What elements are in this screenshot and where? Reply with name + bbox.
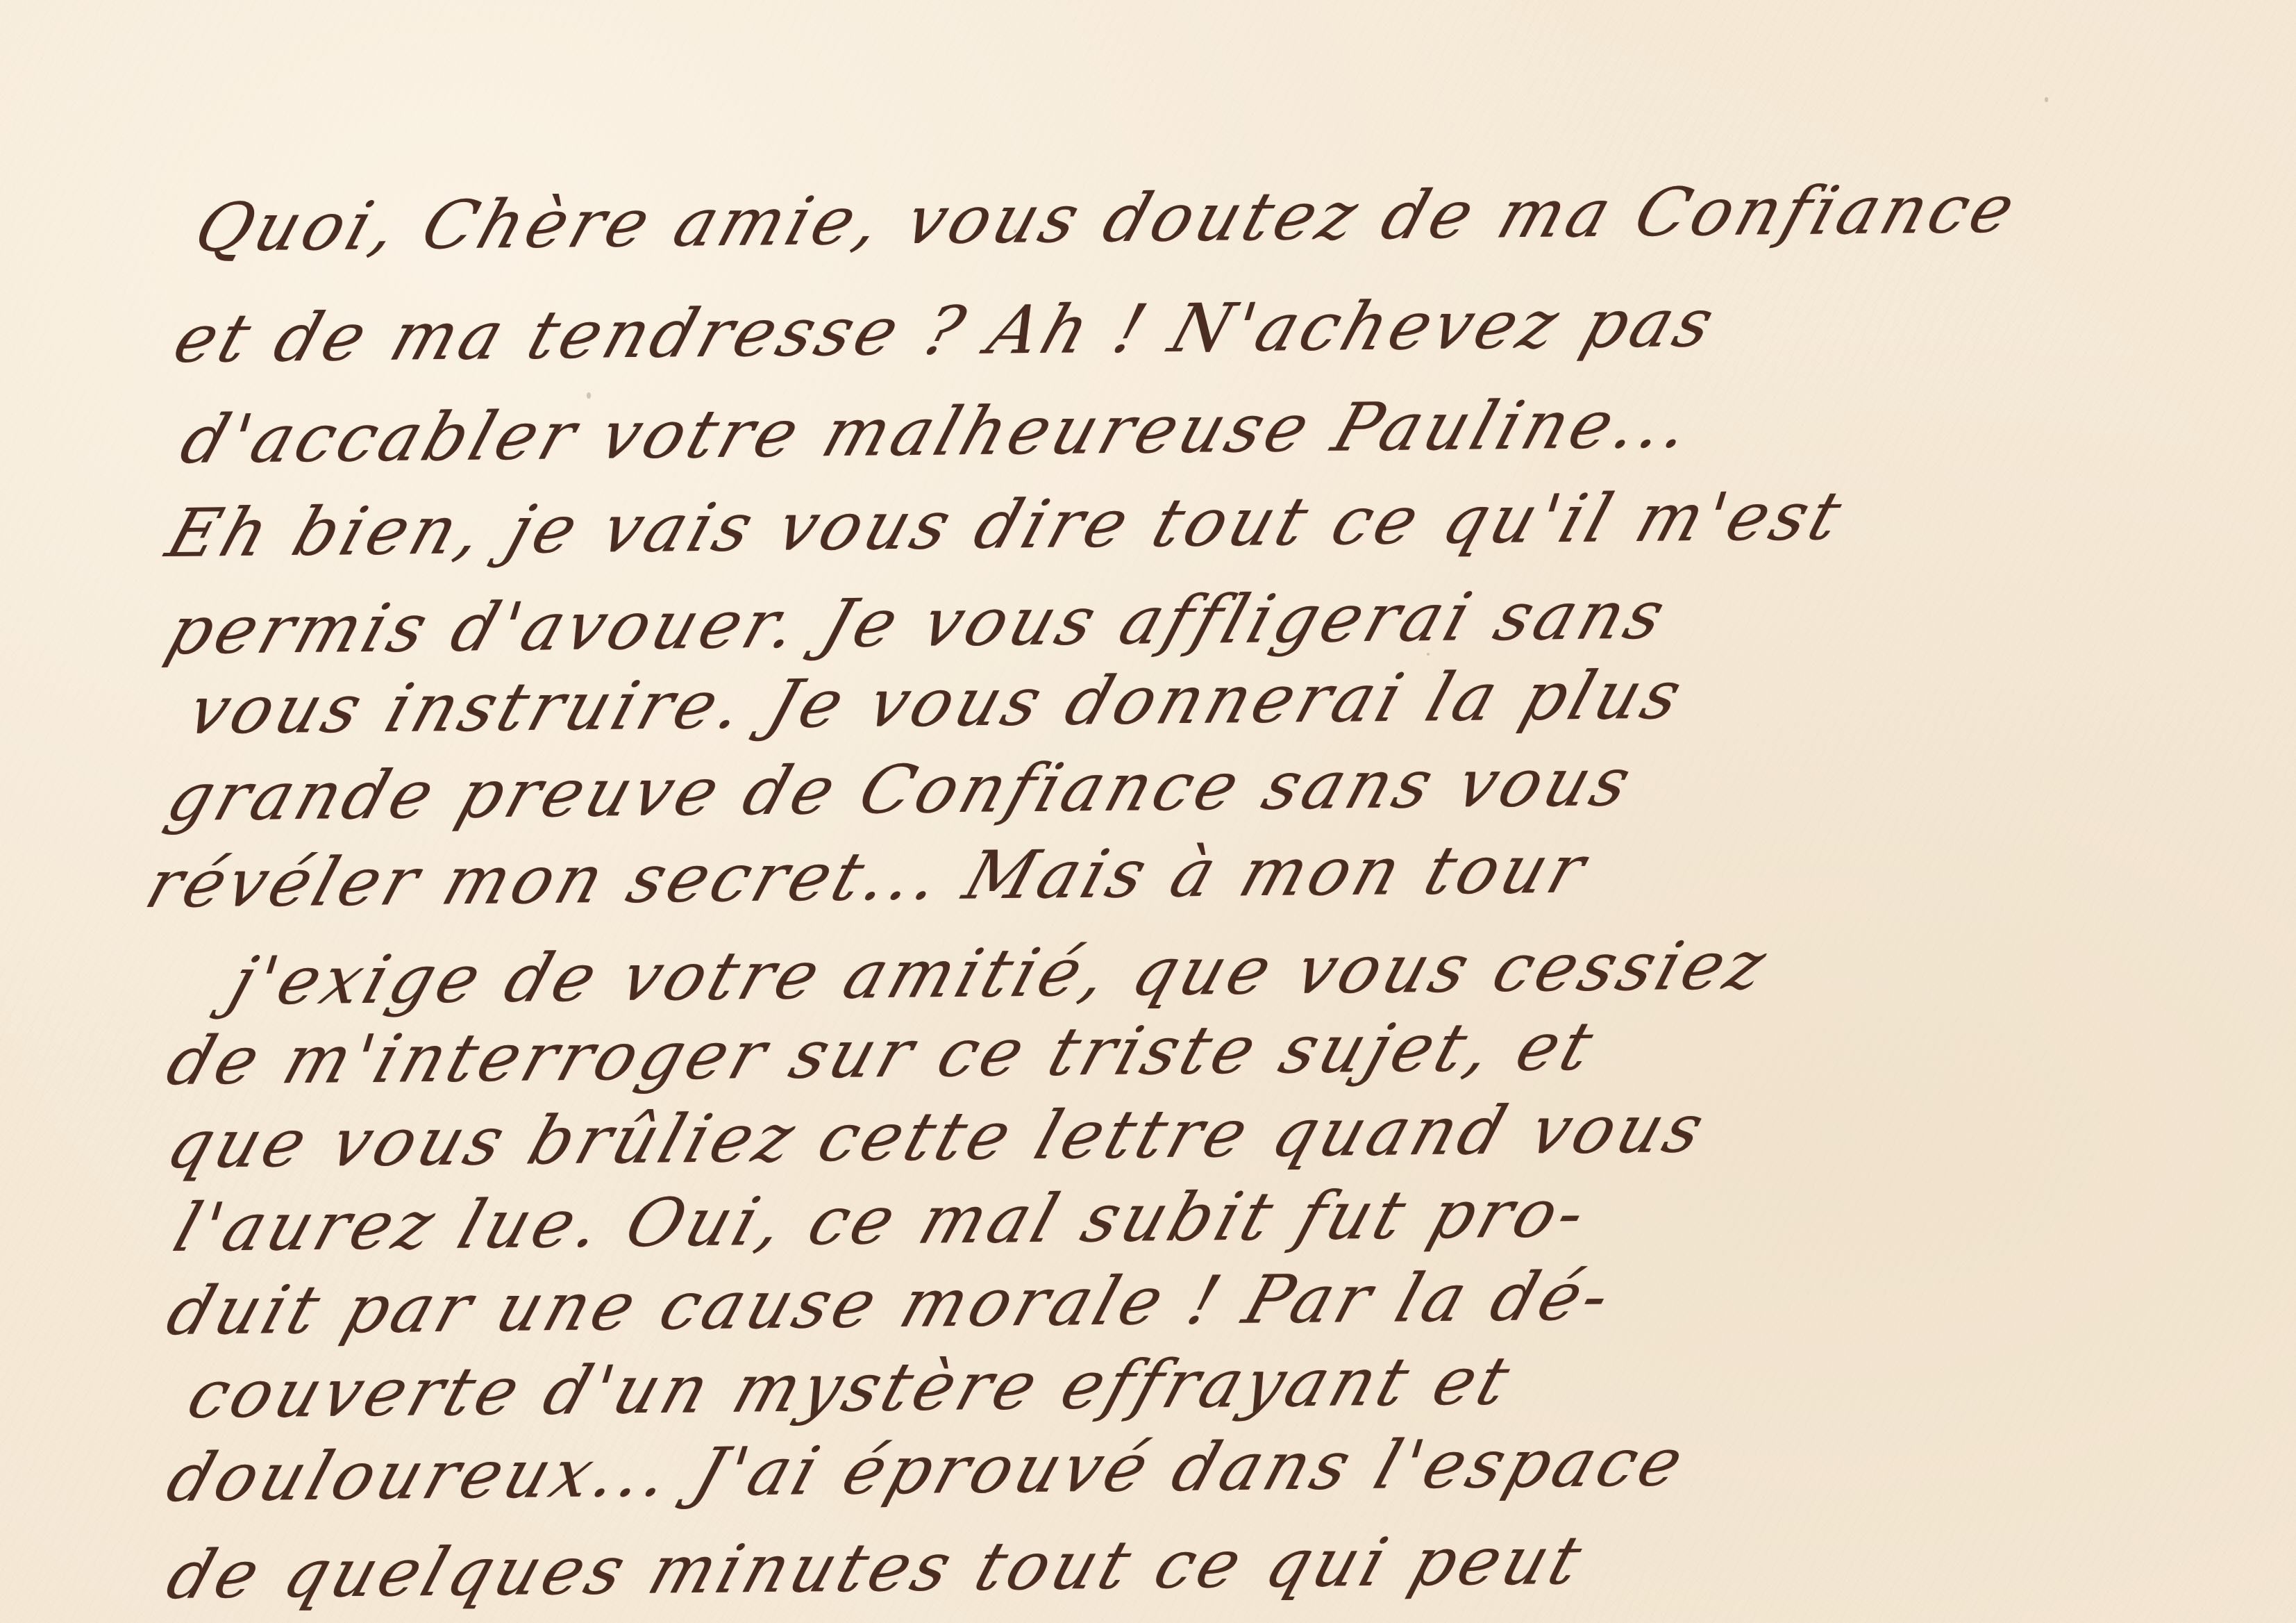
letter-line-4: Eh bien, je vais vous dire tout ce qu'il… (160, 483, 1853, 567)
letter-line-3: d'accabler votre malheureuse Pauline... (174, 390, 1702, 473)
letter-line-5: permis d'avouer. Je vous affligerai sans (160, 582, 1677, 664)
letter-page: Quoi, Chère amie, vous doutez de ma Conf… (0, 0, 2296, 1623)
letter-line-14: couverte d'un mystère effrayant et (181, 1347, 1521, 1428)
letter-line-11: que vous brûliez cette lettre quand vous (160, 1095, 1716, 1178)
letter-line-1: Quoi, Chère amie, vous doutez de ma Conf… (187, 176, 2027, 261)
letter-line-10: de m'interroger sur ce triste sujet, et (160, 1013, 1604, 1095)
paper-fleck (2045, 97, 2048, 102)
letter-line-2: et de ma tendresse ? Ah ! N'achevez pas (167, 290, 1725, 372)
letter-line-12: l'aurez lue. Oui, ce mal subit fut pro- (167, 1180, 1598, 1261)
letter-line-16: de quelques minutes tout ce qui peut (160, 1527, 1593, 1608)
letter-line-6: vous instruire. Je vous donnerai la plus (181, 662, 1693, 744)
letter-line-7: grande preuve de Confiance sans vous (160, 749, 1642, 831)
letter-line-15: douloureux... J'ai éprouvé dans l'espace (160, 1429, 1695, 1511)
letter-line-8: révéler mon secret... Mais à mon tour (139, 835, 1597, 917)
letter-line-13: duit par une cause morale ! Par la dé- (160, 1263, 1622, 1345)
letter-line-9: j'exige de votre amitié, que vous cessie… (222, 932, 1777, 1015)
